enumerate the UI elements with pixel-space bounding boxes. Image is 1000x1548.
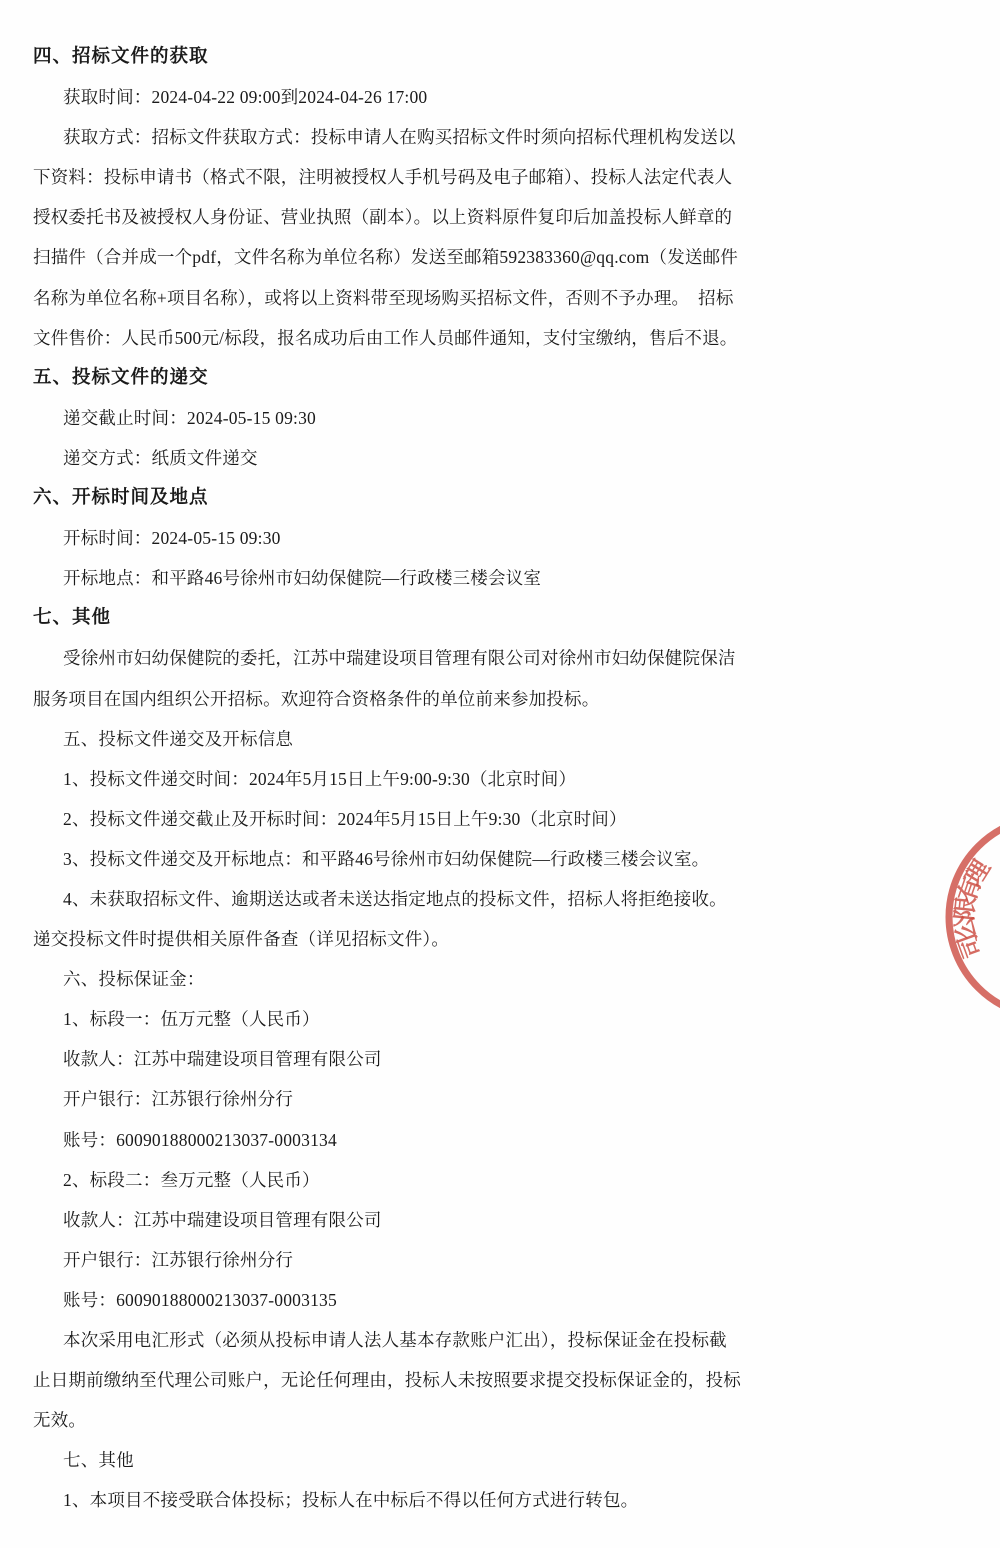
document-page: 四、招标文件的获取获取时间：2024-04-22 09:00到2024-04-2… [0,0,1000,1548]
text-line: 开户银行：江苏银行徐州分行 [33,1079,743,1119]
seal-character: 司 [954,930,988,962]
text-line: 下资料：投标申请书（格式不限，注明被授权人手机号码及电子邮箱）、投标人法定代表人 [33,157,743,197]
text-column: 四、招标文件的获取获取时间：2024-04-22 09:00到2024-04-2… [33,37,743,1520]
text-line: 扫描件（合并成一个pdf，文件名称为单位名称）发送至邮箱592383360@qq… [33,237,743,277]
text-line: 账号：60090188000213037-0003135 [33,1280,743,1320]
text-line: 1、本项目不接受联合体投标；投标人在中标后不得以任何方式进行转包。 [33,1480,743,1520]
text-line: 无效。 [33,1400,743,1440]
text-line: 2、标段二：叁万元整（人民币） [33,1160,743,1200]
text-line: 止日期前缴纳至代理公司账户，无论任何理由，投标人未按照要求提交投标保证金的，投标 [33,1360,743,1400]
seal-character: 限 [951,895,980,922]
text-line: 开标时间：2024-05-15 09:30 [33,518,743,558]
text-line: 1、标段一：伍万元整（人民币） [33,999,743,1039]
text-line: 递交方式：纸质文件递交 [33,438,743,478]
text-line: 3、投标文件递交及开标地点：和平路46号徐州市妇幼保健院—行政楼三楼会议室。 [33,839,743,879]
text-line: 递交截止时间：2024-05-15 09:30 [33,398,743,438]
text-line: 六、投标保证金： [33,959,743,999]
section-heading: 五、投标文件的递交 [33,358,743,398]
text-line: 文件售价：人民币500元/标段，报名成功后由工作人员邮件通知，支付宝缴纳，售后不… [33,318,743,358]
text-line: 授权委托书及被授权人身份证、营业执照（副本）。以上资料原件复印后加盖投标人鲜章的 [33,197,743,237]
text-line: 账号：60090188000213037-0003134 [33,1120,743,1160]
text-line: 五、投标文件递交及开标信息 [33,719,743,759]
text-line: 服务项目在国内组织公开招标。欢迎符合资格条件的单位前来参加投标。 [33,679,743,719]
text-line: 收款人：江苏中瑞建设项目管理有限公司 [33,1200,743,1240]
text-line: 获取方式：招标文件获取方式：投标申请人在购买招标文件时须向招标代理机构发送以 [33,117,743,157]
section-heading: 四、招标文件的获取 [33,37,743,77]
text-line: 七、其他 [33,1440,743,1480]
text-line: 本次采用电汇形式（必须从投标申请人法人基本存款账户汇出），投标保证金在投标截 [33,1320,743,1360]
text-line: 开户银行：江苏银行徐州分行 [33,1240,743,1280]
text-line: 递交投标文件时提供相关原件备查（详见招标文件）。 [33,919,743,959]
text-line: 1、投标文件递交时间：2024年5月15日上午9:00-9:30（北京时间） [33,759,743,799]
seal-character: 有 [952,874,986,906]
company-seal-stamp: 理有限公司 [930,800,1000,1040]
seal-character: 理 [960,855,996,891]
section-heading: 六、开标时间及地点 [33,478,743,518]
text-line: 获取时间：2024-04-22 09:00到2024-04-26 17:00 [33,77,743,117]
seal-character: 公 [952,914,981,941]
text-line: 开标地点：和平路46号徐州市妇幼保健院—行政楼三楼会议室 [33,558,743,598]
section-heading: 七、其他 [33,598,743,638]
text-line: 2、投标文件递交截止及开标时间：2024年5月15日上午9:30（北京时间） [33,799,743,839]
text-line: 收款人：江苏中瑞建设项目管理有限公司 [33,1039,743,1079]
text-line: 名称为单位名称+项目名称），或将以上资料带至现场购买招标文件，否则不予办理。 招… [33,278,743,318]
text-line: 受徐州市妇幼保健院的委托，江苏中瑞建设项目管理有限公司对徐州市妇幼保健院保洁 [33,638,743,678]
text-line: 4、未获取招标文件、逾期送达或者未送达指定地点的投标文件，招标人将拒绝接收。 [33,879,743,919]
seal-ring [949,817,1000,1017]
